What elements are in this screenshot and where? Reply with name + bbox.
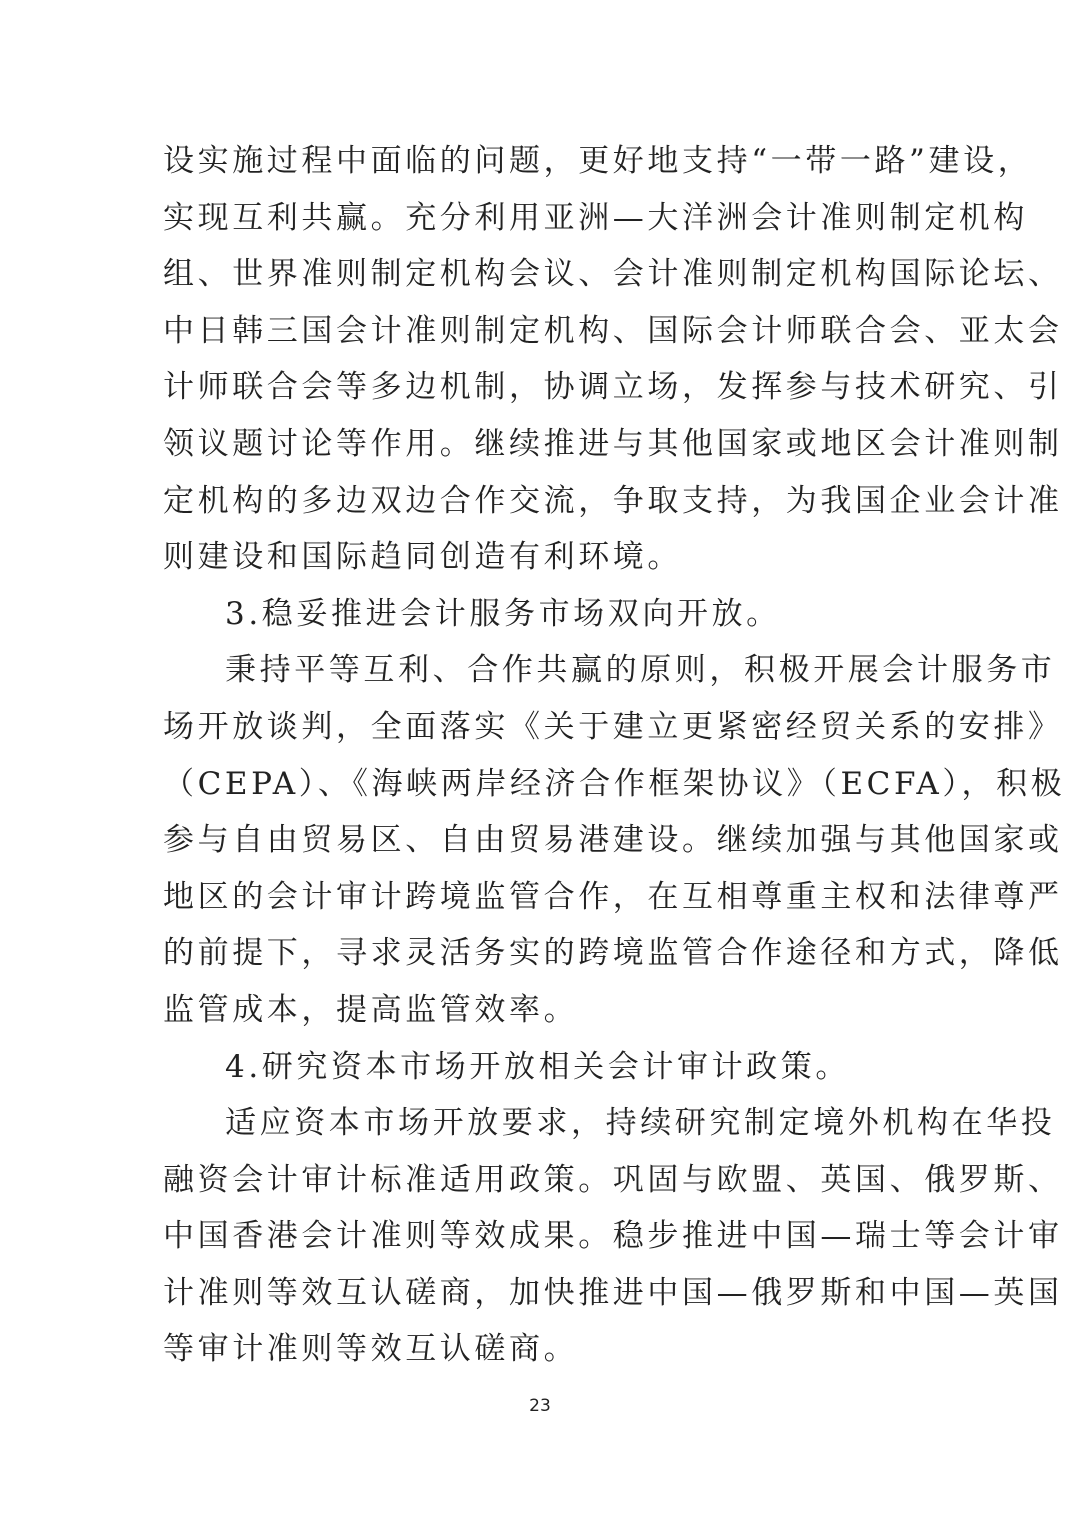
paragraph-line: 实现互利共赢。充分利用亚洲—大洋洲会计准则制定机构 — [163, 190, 923, 247]
document-page: 设实施过程中面临的问题，更好地支持“一带一路”建设， 实现互利共赢。充分利用亚洲… — [0, 0, 1080, 1527]
paragraph-line: 定机构的多边双边合作交流，争取支持，为我国企业会计准 — [163, 473, 923, 530]
paragraph-line: 秉持平等互利、合作共赢的原则，积极开展会计服务市 — [163, 642, 923, 699]
paragraph-line: 地区的会计审计跨境监管合作，在互相尊重主权和法律尊严 — [163, 869, 923, 926]
paragraph-line: 场开放谈判，全面落实《关于建立更紧密经贸关系的安排》 — [163, 699, 923, 756]
paragraph-line: 计准则等效互认磋商，加快推进中国—俄罗斯和中国—英国 — [163, 1265, 923, 1322]
paragraph-line: 计师联合会等多边机制，协调立场，发挥参与技术研究、引 — [163, 359, 923, 416]
paragraph-line: 中日韩三国会计准则制定机构、国际会计师联合会、亚太会 — [163, 303, 923, 360]
paragraph-line: （CEPA）、《海峡两岸经济合作框架协议》（ECFA），积极 — [163, 756, 923, 813]
section-heading-4: 4.研究资本市场开放相关会计审计政策。 — [163, 1039, 923, 1096]
paragraph-line: 的前提下，寻求灵活务实的跨境监管合作途径和方式，降低 — [163, 925, 923, 982]
paragraph-line: 参与自由贸易区、自由贸易港建设。继续加强与其他国家或 — [163, 812, 923, 869]
section-heading-3: 3.稳妥推进会计服务市场双向开放。 — [163, 586, 923, 643]
paragraph-line: 设实施过程中面临的问题，更好地支持“一带一路”建设， — [163, 133, 923, 190]
paragraph-line: 则建设和国际趋同创造有利环境。 — [163, 529, 923, 586]
paragraph-line: 融资会计审计标准适用政策。巩固与欧盟、英国、俄罗斯、 — [163, 1152, 923, 1209]
paragraph-line: 等审计准则等效互认磋商。 — [163, 1321, 923, 1378]
paragraph-line: 组、世界准则制定机构会议、会计准则制定机构国际论坛、 — [163, 246, 923, 303]
paragraph-line: 监管成本，提高监管效率。 — [163, 982, 923, 1039]
paragraph-line: 中国香港会计准则等效成果。稳步推进中国—瑞士等会计审 — [163, 1208, 923, 1265]
page-number: 23 — [0, 1396, 1080, 1416]
paragraph-line: 适应资本市场开放要求，持续研究制定境外机构在华投 — [163, 1095, 923, 1152]
paragraph-line: 领议题讨论等作用。继续推进与其他国家或地区会计准则制 — [163, 416, 923, 473]
body-text: 设实施过程中面临的问题，更好地支持“一带一路”建设， 实现互利共赢。充分利用亚洲… — [163, 133, 923, 1378]
